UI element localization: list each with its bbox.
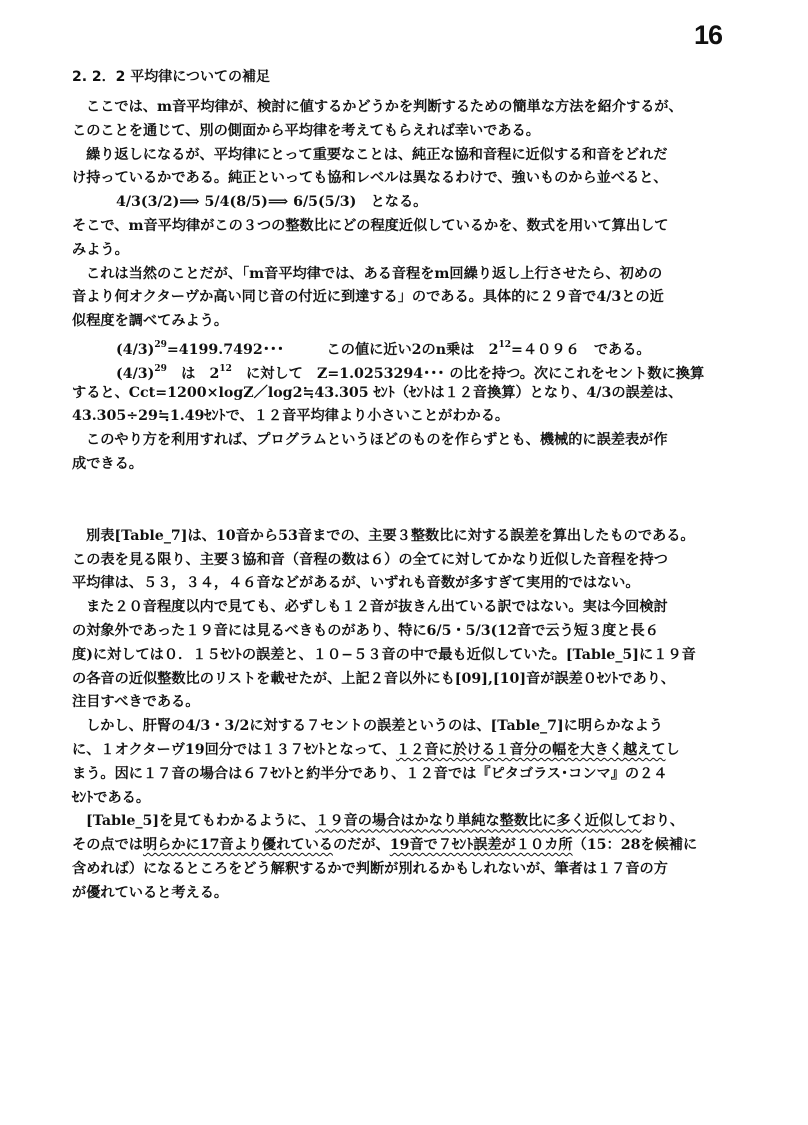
section-title: 2. 2．2 平均律についての補足: [72, 66, 270, 86]
text-line: そこで、m音平均律がこの３つの整数比にどの程度近似しているかを、数式を用いて算出…: [72, 215, 732, 239]
text-span: [Table_5]を見てもわかるように、: [86, 813, 315, 829]
text-line: しかし、肝腎の4/3・3/2に対する７セントの誤差というのは、[Table_7]…: [72, 715, 732, 739]
text-line: みよう。: [72, 239, 732, 263]
text-line: 繰り返しになるが、平均律にとって重要なことは、純正な協和音程に近似する和音をどれ…: [72, 144, 732, 168]
text-line: この表を見る限り、主要３協和音（音程の数は６）の全てに対してかなり近似した音程を…: [72, 549, 732, 573]
text-span: のだが、: [333, 837, 390, 853]
text-line: まう。因に１７音の場合は６７ｾﾝﾄと約半分であり、１２音では『ピタゴラス･コンマ…: [72, 763, 732, 787]
text-line: 別表[Table_7]は、10音から53音までの、主要３整数比に対する誤差を算出…: [72, 525, 732, 549]
paragraph: 繰り返しになるが、平均律にとって重要なことは、純正な協和音程に近似する和音をどれ…: [72, 144, 732, 263]
underlined-emphasis: １９音の場合はかなり単純な整数比に多く近似して: [315, 813, 641, 829]
formula-text: は 2: [167, 366, 219, 382]
text-line: 成できる。: [72, 453, 732, 477]
text-line: け持っているかである。純正といっても協和レベルは異なるわけで、強いものから並べる…: [72, 167, 732, 191]
formula-base: (4/3): [116, 342, 154, 358]
paragraph: しかし、肝腎の4/3・3/2に対する７セントの誤差というのは、[Table_7]…: [72, 715, 732, 810]
text-line: 含めれば）になるところをどう解釈するかで判断が別れるかもしれないが、筆者は１７音…: [72, 858, 732, 882]
text-line: このやり方を利用すれば、プログラムというほどのものを作らずとも、機械的に誤差表が…: [72, 429, 732, 453]
text-line: これは当然のことだが、「m音平均律では、ある音程をm回繰り返し上行させたら、初め…: [72, 263, 732, 287]
underlined-emphasis: 19音で７ｾﾝﾄ誤差が１０カ所: [390, 837, 573, 853]
text-line: 注目すべきである。: [72, 691, 732, 715]
formula-base: (4/3): [116, 366, 154, 382]
text-span: （15：28を候補に: [573, 837, 698, 853]
exponent: 29: [154, 340, 167, 350]
formula-text: に対して Z=1.0253294･･･ の比を持つ。次にこれをセント数に換算: [232, 366, 704, 382]
page-number: 16: [694, 20, 722, 51]
text-line: ここでは、m音平均律が、検討に値するかどうかを判断するための簡単な方法を紹介する…: [72, 96, 732, 120]
text-line: ｾﾝﾄである。: [72, 787, 732, 811]
text-line: このことを通じて、別の側面から平均律を考えてもらえれば幸いである。: [72, 120, 732, 144]
paragraph: これは当然のことだが、「m音平均律では、ある音程をm回繰り返し上行させたら、初め…: [72, 263, 732, 334]
paragraph: (4/3)29=4199.7492･･･ この値に近い2のn乗は 212=４０９…: [72, 334, 732, 429]
text-line: の対象外であった１９音には見るべきものがあり、特に6/5・5/3(12音で云う短…: [72, 620, 732, 644]
paragraph: このやり方を利用すれば、プログラムというほどのものを作らずとも、機械的に誤差表が…: [72, 429, 732, 477]
text-line: の各音の近似整数比のリストを載せたが、上記２音以外にも[09],[10]音が誤差…: [72, 668, 732, 692]
text-span: その点では: [72, 837, 143, 853]
text-line: 音より何オクターヴか高い同じ音の付近に到達する」のである。具体的に２９音で4/3…: [72, 286, 732, 310]
paragraph: [Table_5]を見てもわかるように、１９音の場合はかなり単純な整数比に多く近…: [72, 810, 732, 905]
underlined-emphasis: １２音に於ける１音分の幅を大きく越えて: [396, 742, 666, 758]
text-line: 平均律は、５３，３４，４６音などがあるが、いずれも音数が多すぎて実用的ではない。: [72, 572, 732, 596]
text-line: すると、Cct=1200×logZ／log2≒43.305 ｾﾝﾄ（ｾﾝﾄは１２…: [72, 382, 732, 406]
text-line: また２０音程度以内で見ても、必ずしも１２音が抜きん出ている訳ではない。実は今回検…: [72, 596, 732, 620]
exponent: 12: [219, 364, 232, 374]
formula-line: (4/3)29=4199.7492･･･ この値に近い2のn乗は 212=４０９…: [72, 334, 732, 358]
text-line: 度)に対しては０．１５ｾﾝﾄの誤差と、１０−５３音の中で最も近似していた。[Ta…: [72, 644, 732, 668]
formula-line: 4/3(3/2)⟹ 5/4(8/5)⟹ 6/5(5/3) となる。: [72, 191, 732, 215]
text-span: し: [666, 742, 680, 758]
formula-text: =４０９６ である。: [511, 342, 651, 358]
text-line: が優れていると考える。: [72, 882, 732, 906]
text-line: 43.305÷29≒1.49ｾﾝﾄで、１２音平均律より小さいことがわかる。: [72, 405, 732, 429]
paragraph: また２０音程度以内で見ても、必ずしも１２音が抜きん出ている訳ではない。実は今回検…: [72, 596, 732, 715]
text-span: おり、: [642, 813, 685, 829]
underlined-emphasis: 明らかに17音より優れている: [143, 837, 333, 853]
formula-text: =4199.7492･･･ この値に近い2のn乗は 2: [167, 342, 499, 358]
paragraph-gap: [72, 477, 732, 525]
paragraph: 別表[Table_7]は、10音から53音までの、主要３整数比に対する誤差を算出…: [72, 525, 732, 596]
text-line: [Table_5]を見てもわかるように、１９音の場合はかなり単純な整数比に多く近…: [72, 810, 732, 834]
text-line: 似程度を調べてみよう。: [72, 310, 732, 334]
exponent: 12: [498, 340, 511, 350]
exponent: 29: [154, 364, 167, 374]
formula-line: (4/3)29 は 212 に対して Z=1.0253294･･･ の比を持つ。…: [72, 358, 732, 382]
text-span: に、１オクターヴ19回分では１３７ｾﾝﾄとなって、: [72, 742, 396, 758]
document-body: ここでは、m音平均律が、検討に値するかどうかを判断するための簡単な方法を紹介する…: [72, 96, 732, 906]
text-line: その点では明らかに17音より優れているのだが、19音で７ｾﾝﾄ誤差が１０カ所（1…: [72, 834, 732, 858]
paragraph: ここでは、m音平均律が、検討に値するかどうかを判断するための簡単な方法を紹介する…: [72, 96, 732, 144]
text-line: に、１オクターヴ19回分では１３７ｾﾝﾄとなって、１２音に於ける１音分の幅を大き…: [72, 739, 732, 763]
